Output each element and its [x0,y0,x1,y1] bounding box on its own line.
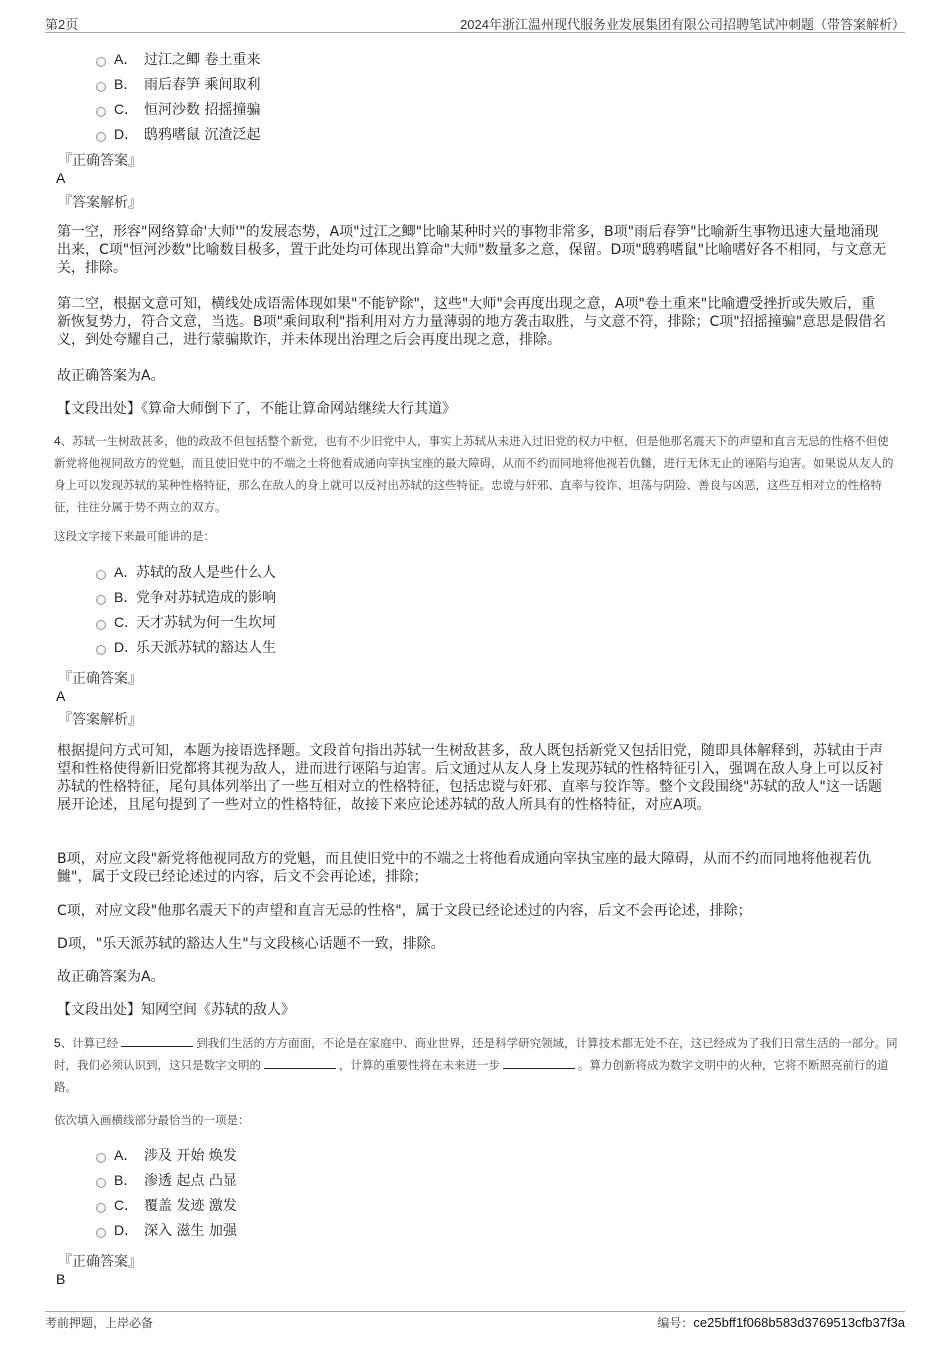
q4-options: A．苏轼的敌人是些什么人 B．党争对苏轼造成的影响 C．天才苏轼为何一生坎坷 D… [96,559,276,659]
q4-option-b[interactable]: B．党争对苏轼造成的影响 [96,584,276,609]
correct-answer-label: 『正确答案』 [58,1251,142,1271]
q5-option-b[interactable]: B．渗透 起点 凸显 [96,1167,237,1192]
q4-conclusion: 故正确答案为A。 [57,968,887,986]
document-title: 2024年浙江温州现代服务业发展集团有限公司招聘笔试冲刺题（带答案解析） [460,14,905,33]
q3-option-c[interactable]: C．恒河沙数 招摇撞骗 [96,96,260,121]
radio-button[interactable] [96,1153,106,1163]
radio-button[interactable] [96,645,106,655]
radio-button[interactable] [96,570,106,580]
q4-option-d[interactable]: D．乐天派苏轼的豁达人生 [96,634,276,659]
footer-slogan: 考前押题，上岸必备 [45,1314,153,1331]
q4-option-a[interactable]: A．苏轼的敌人是些什么人 [96,559,276,584]
fill-blank-2 [264,1057,336,1069]
page-number: 第2页 [45,14,78,33]
q5-option-d[interactable]: D．深入 滋生 加强 [96,1217,237,1242]
q4-analysis-1: 根据提问方式可知，本题为接语选择题。文段首句指出苏轼一生树敌甚多，敌人既包括新党… [57,742,887,814]
q3-analysis-2: 第二空，根据文意可知，横线处成语需体现如果"不能铲除"，这些"大师"会再度出现之… [57,295,887,349]
radio-button[interactable] [96,107,106,117]
q5-option-a[interactable]: A．涉及 开始 焕发 [96,1142,237,1167]
analysis-label: 『答案解析』 [58,192,142,212]
q3-conclusion: 故正确答案为A。 [57,367,887,385]
q3-analysis-1: 第一空，形容"网络算命'大师'"的发展态势，A项"过江之鲫"比喻某种时兴的事物非… [57,223,887,277]
radio-button[interactable] [96,82,106,92]
radio-button[interactable] [96,595,106,605]
q4-analysis-c: C项，对应文段"他那名震天下的声望和直言无忌的性格"，属于文段已经论述过的内容，… [57,902,887,920]
q5-options: A．涉及 开始 焕发 B．渗透 起点 凸显 C．覆盖 发迹 激发 D．深入 滋生… [96,1142,237,1242]
q4-source: 【文段出处】知网空间《苏轼的敌人》 [57,1001,887,1019]
correct-answer-label: 『正确答案』 [58,668,142,688]
q5-answer: B [56,1271,65,1287]
q3-options: A．过江之鲫 卷土重来 B．雨后春笋 乘间取利 C．恒河沙数 招摇撞骗 D．鸱鸦… [96,46,260,146]
question-number: 4 [54,434,61,448]
radio-button[interactable] [96,57,106,67]
q4-prompt: 这段文字接下来最可能讲的是： [54,528,215,544]
q4-stem: 4、苏轼一生树敌甚多，他的政敌不但包括整个新党，也有不少旧党中人，事实上苏轼从未… [54,430,899,518]
q4-analysis-d: D项，"乐天派苏轼的豁达人生"与文段核心话题不一致，排除。 [57,935,887,953]
document-code: 编号：ce25bff1f068b583d3769513cfb37f3a [657,1314,905,1331]
fill-blank-3 [503,1057,575,1069]
question-number: 5 [54,1036,61,1050]
page-footer: 考前押题，上岸必备 编号：ce25bff1f068b583d3769513cfb… [45,1311,905,1331]
fill-blank-1 [121,1035,193,1047]
q4-answer: A [56,688,65,704]
q5-option-c[interactable]: C．覆盖 发迹 激发 [96,1192,237,1217]
q3-option-d[interactable]: D．鸱鸦嗜鼠 沉渣泛起 [96,121,260,146]
q3-option-b[interactable]: B．雨后春笋 乘间取利 [96,71,260,96]
q5-prompt: 依次填入画横线部分最恰当的一项是： [54,1112,250,1128]
q5-stem: 5、计算已经到我们生活的方方面面，不论是在家庭中、商业世界，还是科学研究领域，计… [54,1032,899,1098]
analysis-label: 『答案解析』 [58,709,142,729]
q4-analysis-b: B项，对应文段"新党将他视同敌方的党魁，而且使旧党中的不端之士将他看成通向宰执宝… [57,850,887,886]
radio-button[interactable] [96,1203,106,1213]
q3-answer: A [56,170,65,186]
page-header: 第2页 2024年浙江温州现代服务业发展集团有限公司招聘笔试冲刺题（带答案解析） [45,14,905,33]
q3-option-a[interactable]: A．过江之鲫 卷土重来 [96,46,260,71]
correct-answer-label: 『正确答案』 [58,150,142,170]
radio-button[interactable] [96,1178,106,1188]
radio-button[interactable] [96,1228,106,1238]
radio-button[interactable] [96,620,106,630]
q4-option-c[interactable]: C．天才苏轼为何一生坎坷 [96,609,276,634]
q3-source: 【文段出处】《算命大师倒下了，不能让算命网站继续大行其道》 [57,400,887,418]
radio-button[interactable] [96,132,106,142]
